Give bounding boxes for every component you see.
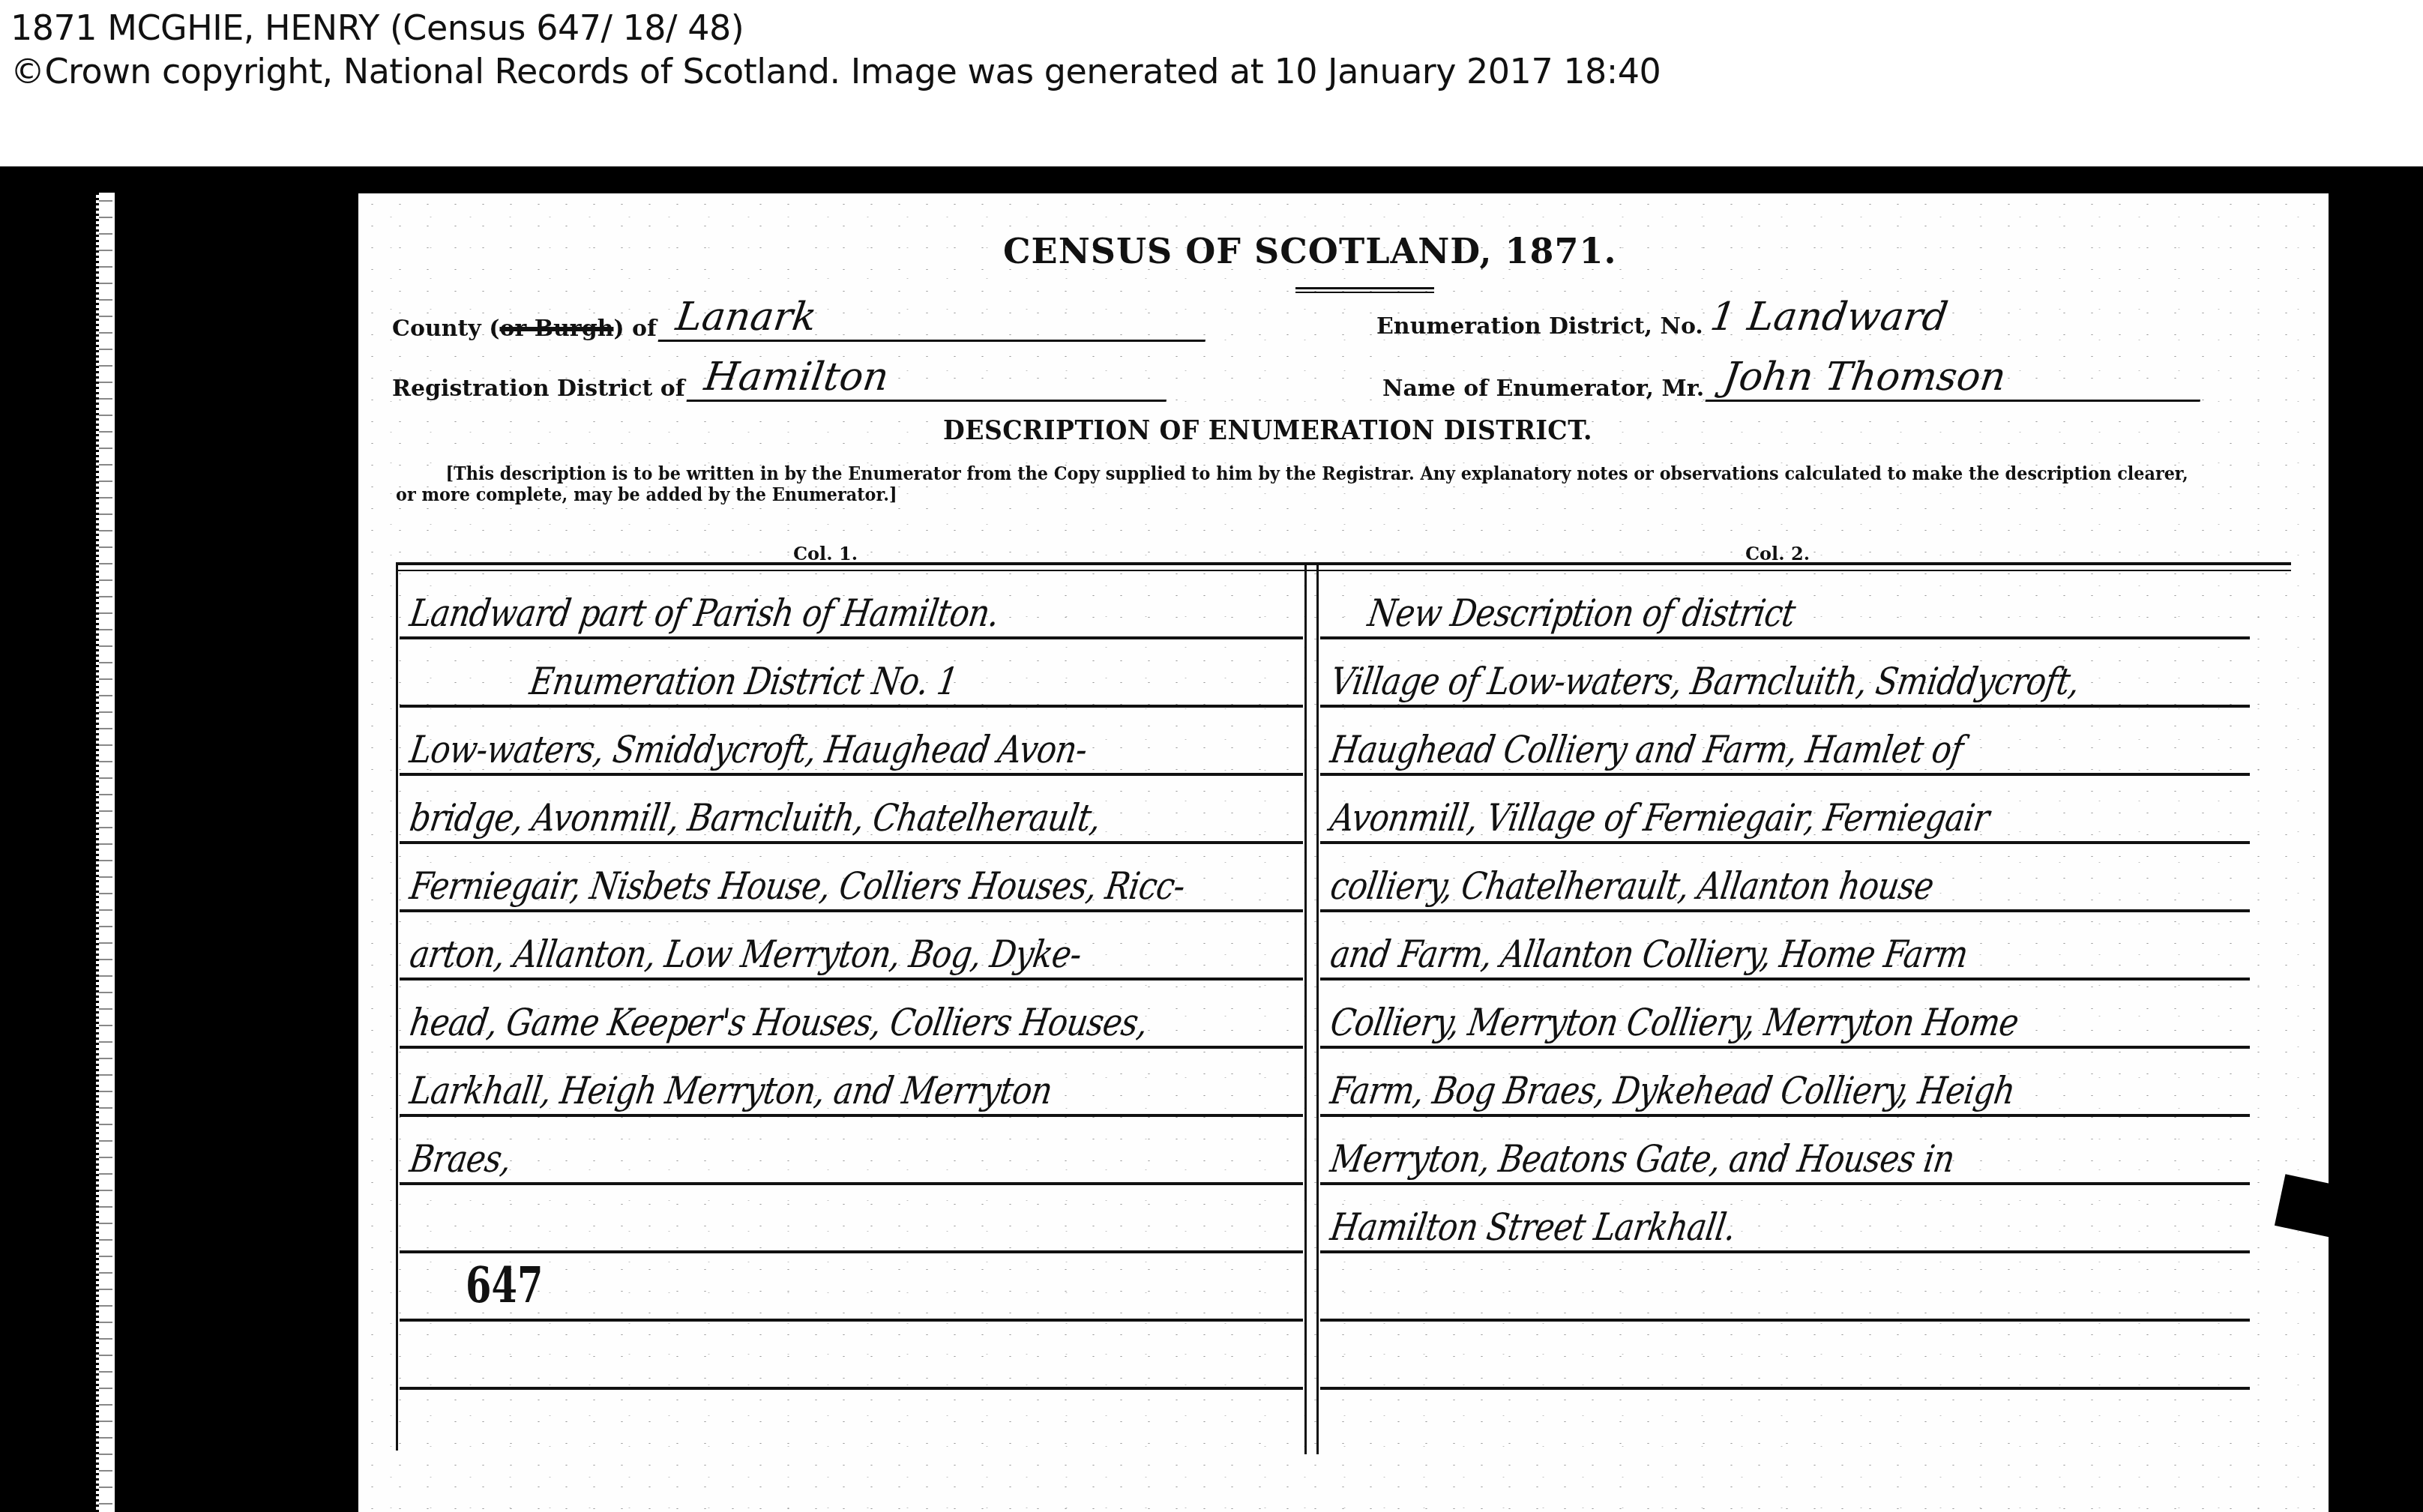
ruled-line [400,1185,1303,1253]
ruled-line: Landward part of Parish of Hamilton. [400,571,1303,639]
county-field: County (or Burgh) of Lanark [392,295,1209,342]
enumerator-value: John Thomson [1706,355,2207,402]
ruled-line [400,1322,1303,1390]
ruled-line: Merryton, Beatons Gate, and Houses in [1320,1117,2250,1185]
section-title: DESCRIPTION OF ENUMERATION DISTRICT. [943,415,1592,446]
registration-district-field: Registration District of Hamilton [392,355,1170,402]
census-form-page: CENSUS OF SCOTLAND, 1871. County (or Bur… [358,193,2329,1512]
table-top-rule [396,562,2291,565]
description-table: Landward part of Parish of Hamilton.Enum… [396,562,2291,1454]
ruled-line: Low-waters, Smiddycroft, Haughead Avon- [400,708,1303,776]
enumerator-field: Name of Enumerator, Mr. John Thomson [1382,355,2203,402]
copyright-line: ©Crown copyright, National Records of Sc… [10,51,1661,91]
handwritten-entry: Enumeration District No. 1 [527,660,960,703]
handwritten-entry: Larkhall, Heigh Merryton, and Merryton [407,1069,1055,1112]
title-rule [1295,287,1434,293]
ruled-line: Haughead Colliery and Farm, Hamlet of [1320,708,2250,776]
ruled-line: Enumeration District No. 1 [400,639,1303,708]
handwritten-entry: Landward part of Parish of Hamilton. [407,591,1002,635]
ruled-line: 647 [400,1253,1303,1322]
handwritten-entry: arton, Allanton, Low Merryton, Bog, Dyke… [407,933,1084,976]
ruled-line: Braes, [400,1117,1303,1185]
handwritten-entry: Low-waters, Smiddycroft, Haughead Avon- [407,728,1090,771]
ruled-line: Hamilton Street Larkhall. [1320,1185,2250,1253]
ruled-line: Farm, Bog Braes, Dykehead Colliery, Heig… [1320,1049,2250,1117]
col1-entries: Landward part of Parish of Hamilton.Enum… [400,571,1303,1390]
ruled-line [1320,1322,2250,1390]
ruled-line: Village of Low-waters, Barncluith, Smidd… [1320,639,2250,708]
ruled-line: Larkhall, Heigh Merryton, and Merryton [400,1049,1303,1117]
page-number-stamp: 647 [466,1256,543,1314]
handwritten-entry: bridge, Avonmill, Barncluith, Chatelhera… [407,796,1104,840]
record-title: 1871 MCGHIE, HENRY (Census 647/ 18/ 48) [10,7,744,48]
ruled-line: Avonmill, Village of Ferniegair, Fernieg… [1320,776,2250,844]
enumeration-district-label: Enumeration District, No. [1376,313,1703,340]
handwritten-entry: Hamilton Street Larkhall. [1328,1205,1739,1249]
table-left-border [396,562,398,1451]
county-value: Lanark [658,295,1212,342]
handwritten-entry: Braes, [407,1137,514,1181]
ruled-line: arton, Allanton, Low Merryton, Bog, Dyke… [400,912,1303,981]
ruled-line: and Farm, Allanton Colliery, Home Farm [1320,912,2250,981]
ruled-line [1320,1253,2250,1322]
county-label: County (or Burgh) of [392,316,657,342]
ruled-line: Ferniegair, Nisbets House, Colliers Hous… [400,844,1303,912]
handwritten-entry: Ferniegair, Nisbets House, Colliers Hous… [407,864,1188,908]
registration-district-label: Registration District of [392,376,685,402]
handwritten-entry: Colliery, Merryton Colliery, Merryton Ho… [1328,1001,2021,1044]
instructions-text: [This description is to be written in by… [396,463,2198,505]
ruled-line: bridge, Avonmill, Barncluith, Chatelhera… [400,776,1303,844]
handwritten-entry: New Description of district [1365,591,1798,635]
column-divider [1304,562,1307,1454]
registration-district-value: Hamilton [686,355,1173,402]
enumeration-district-field: Enumeration District, No. 1 Landward [1376,295,1966,340]
col2-header: Col. 2. [1745,543,1810,564]
ruled-line: head, Game Keeper's Houses, Colliers Hou… [400,981,1303,1049]
handwritten-entry: and Farm, Allanton Colliery, Home Farm [1328,933,1970,976]
col2-entries: New Description of districtVillage of Lo… [1320,571,2250,1390]
enumerator-label: Name of Enumerator, Mr. [1382,376,1704,402]
handwritten-entry: Haughead Colliery and Farm, Hamlet of [1328,728,1966,771]
handwritten-entry: Village of Low-waters, Barncluith, Smidd… [1328,660,2082,703]
scanned-image: CENSUS OF SCOTLAND, 1871. County (or Bur… [0,166,2423,1512]
film-edge-strip [96,193,115,1512]
col1-header: Col. 1. [793,543,858,564]
column-divider [1316,562,1319,1454]
ruled-line: colliery, Chatelherault, Allanton house [1320,844,2250,912]
handwritten-entry: colliery, Chatelherault, Allanton house [1328,864,1936,908]
handwritten-entry: head, Game Keeper's Houses, Colliers Hou… [407,1001,1151,1044]
ruled-line: Colliery, Merryton Colliery, Merryton Ho… [1320,981,2250,1049]
ruled-line: New Description of district [1320,571,2250,639]
handwritten-entry: Farm, Bog Braes, Dykehead Colliery, Heig… [1328,1069,2017,1112]
handwritten-entry: Merryton, Beatons Gate, and Houses in [1328,1137,1957,1181]
enumeration-district-value: 1 Landward [1705,295,1969,340]
handwritten-entry: Avonmill, Village of Ferniegair, Fernieg… [1328,796,1992,840]
form-title: CENSUS OF SCOTLAND, 1871. [1003,231,1617,271]
